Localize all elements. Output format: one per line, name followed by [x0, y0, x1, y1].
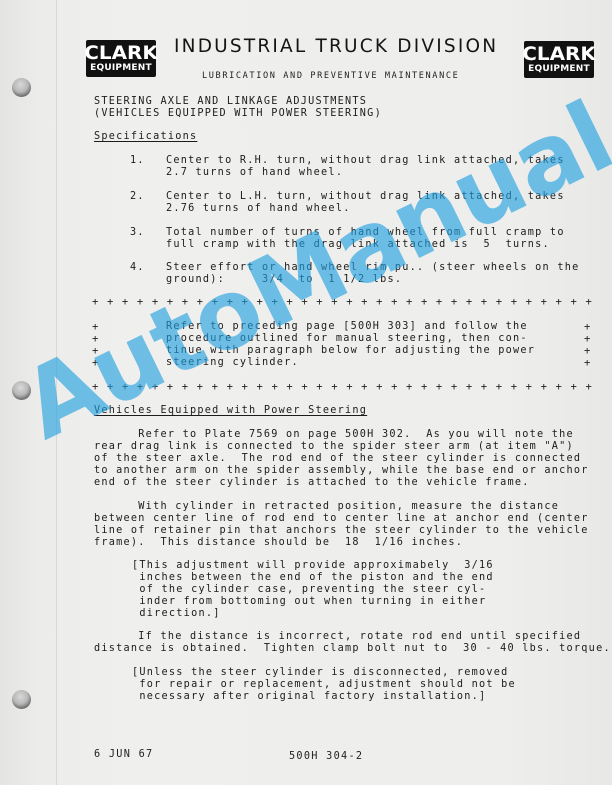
paragraph-line: With cylinder in retracted position, mea…	[94, 501, 559, 513]
plus-sign: +	[406, 296, 412, 308]
plus-sign: +	[511, 296, 517, 308]
paragraph-line: Refer to Plate 7569 on page 500H 302. As…	[94, 429, 574, 441]
manual-subtitle: LUBRICATION AND PREVENTIVE MAINTENANCE	[202, 71, 459, 81]
plus-sign: +	[286, 296, 292, 308]
paragraph-line: If the distance is incorrect, rotate rod…	[94, 631, 581, 643]
plus-sign: +	[511, 381, 517, 393]
plus-sign: +	[526, 381, 532, 393]
plus-sign: +	[436, 381, 442, 393]
plus-sign: +	[107, 296, 113, 308]
punch-hole-icon	[12, 78, 31, 97]
plus-sign: +	[167, 296, 173, 308]
plus-sign: +	[271, 296, 277, 308]
spec-number: 4.	[130, 262, 145, 274]
note-box-line: procedure outlined for manual steering, …	[166, 333, 528, 345]
paragraph-line: end of the steer cylinder is attached to…	[94, 477, 530, 489]
plus-sign: +	[242, 381, 248, 393]
plus-border-top: ++++++++++++++++++++++++++++++++++	[92, 296, 592, 308]
plus-sign: +	[331, 381, 337, 393]
plus-border-right: +	[584, 321, 590, 333]
plus-sign: +	[301, 381, 307, 393]
plus-sign: +	[92, 296, 98, 308]
spec-text: full cramp with the drag link attached i…	[166, 239, 550, 251]
plus-sign: +	[571, 381, 577, 393]
spec-text: Center to R.H. turn, without drag link a…	[166, 155, 565, 167]
plus-sign: +	[421, 296, 427, 308]
plus-sign: +	[122, 296, 128, 308]
plus-border-left: +	[92, 333, 98, 345]
paragraph-line: line of retainer pin that anchors the st…	[94, 525, 589, 537]
plus-sign: +	[496, 381, 502, 393]
plus-sign: +	[361, 381, 367, 393]
logo-brand: CLARK	[84, 44, 158, 63]
plus-sign: +	[346, 381, 352, 393]
note-box-line: Refer to preceding page [500H 303] and f…	[166, 321, 528, 333]
plus-sign: +	[391, 296, 397, 308]
plus-sign: +	[466, 296, 472, 308]
spec-text: ground): 3/4 to 1 1/2 lbs.	[166, 274, 402, 286]
note-box-line: steering cylinder.	[166, 357, 299, 369]
spec-number: 1.	[130, 155, 145, 167]
spec-number: 3.	[130, 227, 145, 239]
plus-border-right: +	[584, 345, 590, 357]
plus-sign: +	[556, 296, 562, 308]
plus-sign: +	[152, 381, 158, 393]
plus-border-right: +	[584, 333, 590, 345]
spec-text: 2.7 turns of hand wheel.	[166, 167, 343, 179]
plus-border-left: +	[92, 321, 98, 333]
plus-border-right: +	[584, 357, 590, 369]
note-line: inder from bottoming out when turning in…	[132, 596, 486, 608]
document-page: CLARK EQUIPMENT INDUSTRIAL TRUCK DIVISIO…	[0, 0, 612, 785]
note-box-line: tinue with paragraph below for adjusting…	[166, 345, 535, 357]
plus-sign: +	[227, 296, 233, 308]
plus-sign: +	[436, 296, 442, 308]
spec-number: 2.	[130, 191, 145, 203]
note-line: [Unless the steer cylinder is disconnect…	[132, 667, 509, 679]
plus-sign: +	[571, 296, 577, 308]
plus-border-left: +	[92, 357, 98, 369]
plus-sign: +	[256, 381, 262, 393]
plus-sign: +	[227, 381, 233, 393]
plus-sign: +	[256, 296, 262, 308]
section-title-line2: (VEHICLES EQUIPPED WITH POWER STEERING)	[94, 108, 382, 120]
plus-sign: +	[197, 381, 203, 393]
spec-text: 2.76 turns of hand wheel.	[166, 203, 351, 215]
paragraph-line: to another arm on the spider assembly, w…	[94, 465, 589, 477]
specifications-heading: Specifications	[94, 131, 197, 143]
plus-sign: +	[316, 296, 322, 308]
note-line: direction.]	[132, 608, 221, 620]
paragraph-line: of the steer axle. The rod end of the st…	[94, 453, 581, 465]
section-title-line1: STEERING AXLE AND LINKAGE ADJUSTMENTS	[94, 96, 367, 108]
plus-sign: +	[182, 296, 188, 308]
punch-hole-icon	[12, 381, 31, 400]
plus-sign: +	[585, 296, 591, 308]
plus-sign: +	[556, 381, 562, 393]
paragraph-line: distance is obtained. Tighten clamp bolt…	[94, 643, 611, 655]
plus-sign: +	[406, 381, 412, 393]
plus-sign: +	[152, 296, 158, 308]
plus-sign: +	[466, 381, 472, 393]
plus-sign: +	[197, 296, 203, 308]
plus-sign: +	[122, 381, 128, 393]
plus-sign: +	[481, 296, 487, 308]
paragraph-line: frame). This distance should be 18 1/16 …	[94, 537, 463, 549]
plus-sign: +	[167, 381, 173, 393]
power-steering-heading: Vehicles Equipped with Power Steering	[94, 405, 367, 417]
clark-logo-left: CLARK EQUIPMENT	[86, 40, 156, 77]
plus-sign: +	[541, 381, 547, 393]
plus-sign: +	[361, 296, 367, 308]
logo-tagline: EQUIPMENT	[86, 64, 156, 73]
plus-sign: +	[107, 381, 113, 393]
spec-text: Steer effort or hand wheel rim pu.. (ste…	[166, 262, 579, 274]
plus-sign: +	[212, 381, 218, 393]
note-line: necessary after original factory install…	[132, 691, 486, 703]
plus-sign: +	[301, 296, 307, 308]
plus-sign: +	[137, 296, 143, 308]
note-line: [This adjustment will provide approximab…	[132, 560, 494, 572]
plus-sign: +	[242, 296, 248, 308]
footer-date: 6 JUN 67	[94, 749, 153, 760]
plus-sign: +	[376, 381, 382, 393]
division-title: INDUSTRIAL TRUCK DIVISION	[174, 36, 498, 57]
plus-sign: +	[451, 381, 457, 393]
spec-text: Total number of turns of hand wheel from…	[166, 227, 565, 239]
paragraph-line: rear drag link is connected to the spide…	[94, 441, 574, 453]
logo-brand: CLARK	[522, 45, 596, 64]
plus-sign: +	[496, 296, 502, 308]
plus-sign: +	[585, 381, 591, 393]
punch-hole-icon	[12, 690, 31, 709]
plus-sign: +	[212, 296, 218, 308]
plus-sign: +	[481, 381, 487, 393]
plus-border-bottom: ++++++++++++++++++++++++++++++++++	[92, 381, 592, 393]
spec-text: Center to L.H. turn, without drag link a…	[166, 191, 565, 203]
plus-border-left: +	[92, 345, 98, 357]
footer-page-number: 500H 304-2	[289, 751, 363, 762]
plus-sign: +	[137, 381, 143, 393]
plus-sign: +	[286, 381, 292, 393]
plus-sign: +	[391, 381, 397, 393]
plus-sign: +	[526, 296, 532, 308]
plus-sign: +	[331, 296, 337, 308]
clark-logo-right: CLARK EQUIPMENT	[524, 41, 594, 78]
plus-sign: +	[376, 296, 382, 308]
plus-sign: +	[92, 381, 98, 393]
plus-sign: +	[541, 296, 547, 308]
plus-sign: +	[346, 296, 352, 308]
margin-line	[56, 0, 57, 785]
paragraph-line: between center line of rod end to center…	[94, 513, 589, 525]
note-line: of the cylinder case, preventing the ste…	[132, 584, 486, 596]
plus-sign: +	[182, 381, 188, 393]
logo-tagline: EQUIPMENT	[524, 65, 594, 74]
plus-sign: +	[271, 381, 277, 393]
plus-sign: +	[451, 296, 457, 308]
plus-sign: +	[316, 381, 322, 393]
note-line: inches between the end of the piston and…	[132, 572, 494, 584]
plus-sign: +	[421, 381, 427, 393]
note-line: for repair or replacement, adjustment sh…	[132, 679, 516, 691]
